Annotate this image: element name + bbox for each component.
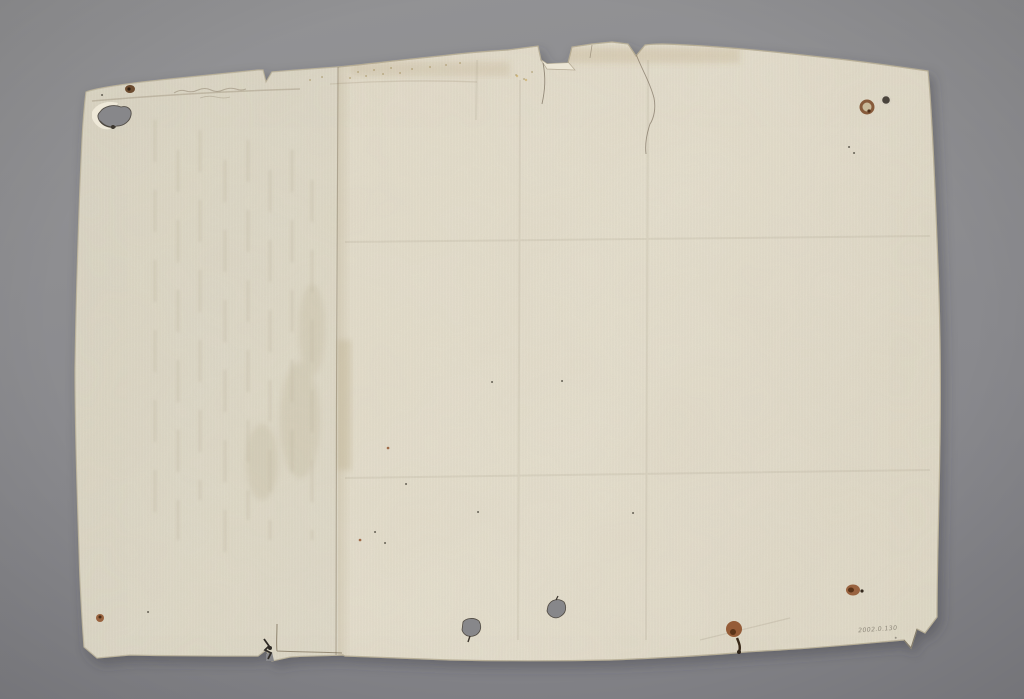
rust-dark-dot	[860, 589, 863, 592]
paper-surface-detail	[60, 30, 955, 675]
brown-spot-top-left-center	[127, 87, 130, 90]
puncture-hole-top-right	[881, 95, 892, 106]
rust-spot-bottom-left	[96, 614, 104, 622]
rust-stain-dark-dot	[867, 109, 870, 112]
photograph-of-aged-paper: 2002.0.130	[0, 0, 1024, 699]
worm-hole-dark-notch	[111, 125, 115, 129]
rust-tail-dot	[737, 650, 741, 654]
fold-stain	[337, 340, 352, 470]
puncture-opening	[882, 96, 890, 104]
paper-photo-canvas: 2002.0.130	[0, 0, 1024, 699]
rust-stain-top-right	[861, 101, 873, 113]
laid-line-texture	[60, 30, 955, 675]
tear-dark-spot	[268, 646, 272, 650]
